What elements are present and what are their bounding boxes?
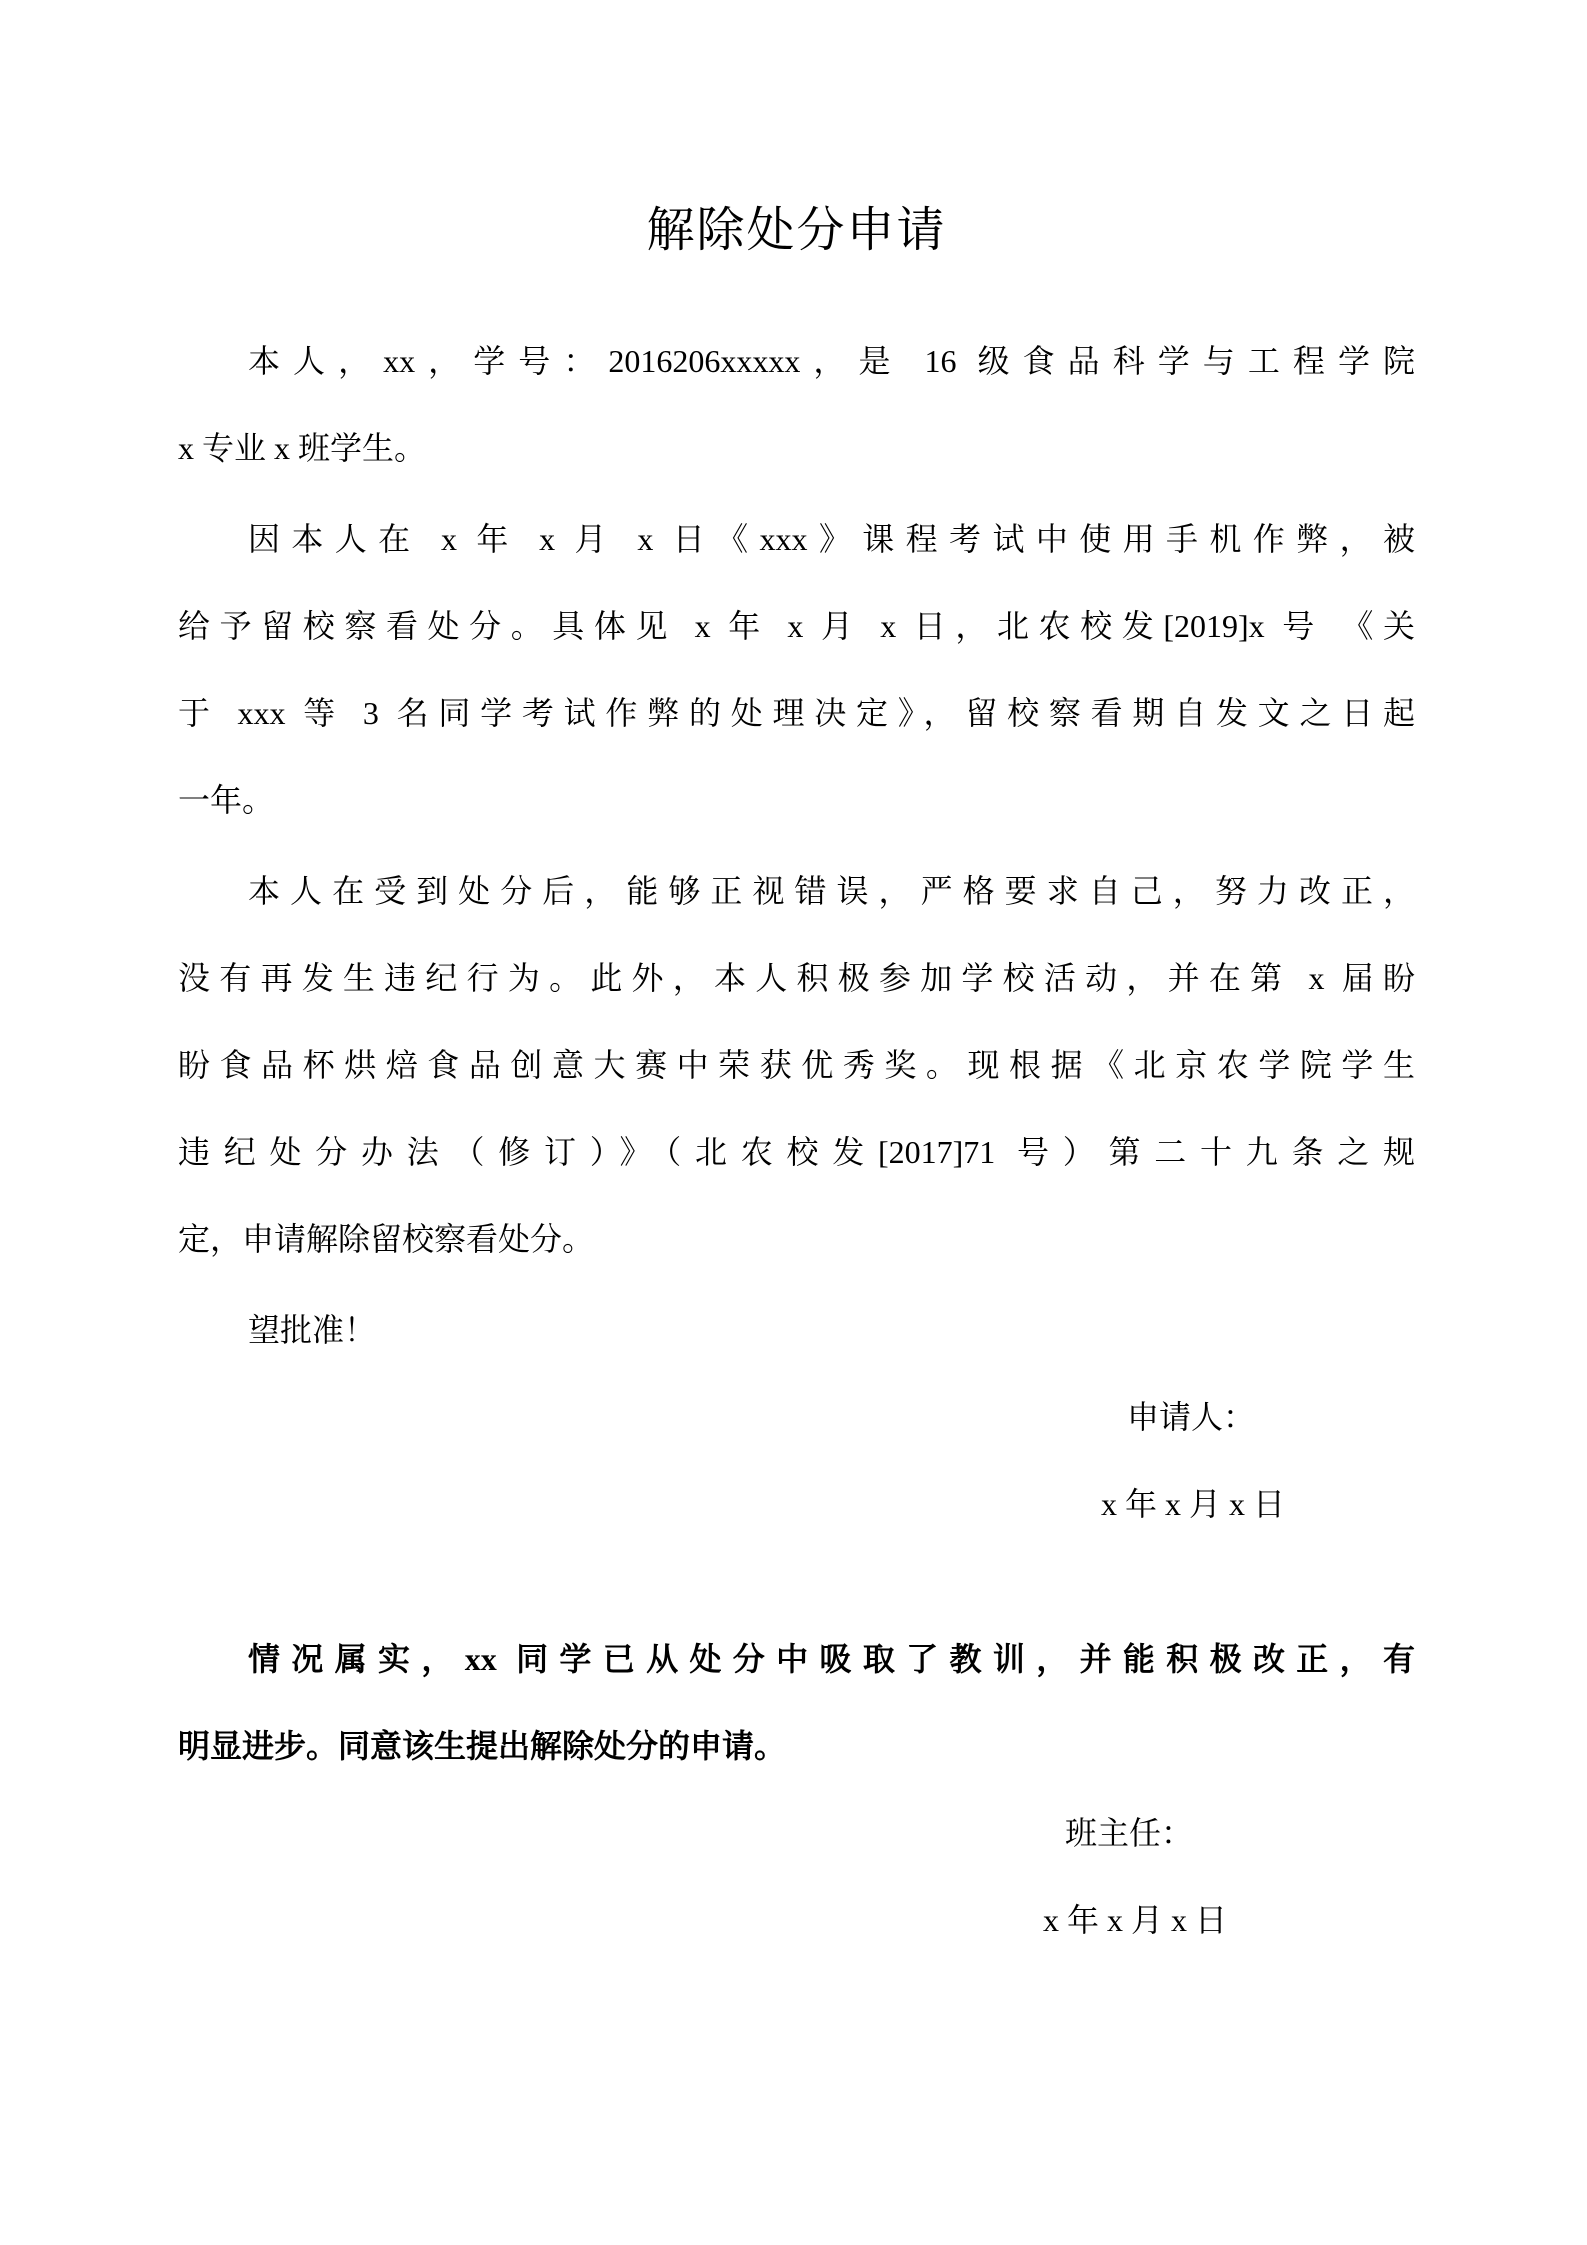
document-title: 解除处分申请 — [178, 199, 1415, 263]
text-line: 盼食品杯烘焙食品创意大赛中荣获优秀奖。现根据《北京农学院学生 — [178, 1022, 1415, 1109]
teacher-signature-label: 班主任： — [178, 1790, 1415, 1877]
paragraph-closing: 望批准！ — [178, 1287, 1415, 1374]
text-line: 因本人在 x 年 x 月 x 日《xxx》课程考试中使用手机作弊，被 — [178, 496, 1415, 583]
applicant-signature-date: x 年 x 月 x 日 — [178, 1461, 1415, 1548]
text-line: 本人，xx，学号：2016206xxxxx，是 16 级食品科学与工程学院 — [178, 318, 1415, 405]
text-line: 望批准！ — [178, 1287, 1415, 1374]
paragraph-student-info: 本人，xx，学号：2016206xxxxx，是 16 级食品科学与工程学院 x … — [178, 318, 1415, 492]
text-line: 没有再发生违纪行为。此外，本人积极参加学校活动，并在第 x 届盼 — [178, 935, 1415, 1022]
text-line: 明显进步。同意该生提出解除处分的申请。 — [178, 1703, 1415, 1790]
teacher-signature-date: x 年 x 月 x 日 — [178, 1877, 1415, 1964]
paragraph-punishment-detail: 因本人在 x 年 x 月 x 日《xxx》课程考试中使用手机作弊，被 给予留校察… — [178, 496, 1415, 844]
text-line: 给予留校察看处分。具体见 x 年 x 月 x 日，北农校发[2019]x 号 《… — [178, 583, 1415, 670]
document-body: 本人，xx，学号：2016206xxxxx，是 16 级食品科学与工程学院 x … — [178, 318, 1415, 1964]
text-line: 于 xxx 等 3 名同学考试作弊的处理决定》，留校察看期自发文之日起 — [178, 670, 1415, 757]
document-page: 解除处分申请 本人，xx，学号：2016206xxxxx，是 16 级食品科学与… — [0, 0, 1587, 2245]
text-line: 一年。 — [178, 757, 1415, 844]
applicant-signature-label: 申请人： — [178, 1374, 1415, 1461]
text-line: x 专业 x 班学生。 — [178, 405, 1415, 492]
text-line: 定，申请解除留校察看处分。 — [178, 1196, 1415, 1283]
document-content: 解除处分申请 本人，xx，学号：2016206xxxxx，是 16 级食品科学与… — [178, 0, 1415, 1964]
text-line: 情况属实，xx 同学已从处分中吸取了教训，并能积极改正，有 — [178, 1616, 1415, 1703]
text-line: 违纪处分办法（修订）》（北农校发[2017]71 号）第二十九条之规 — [178, 1109, 1415, 1196]
text-line: 本人在受到处分后，能够正视错误，严格要求自己，努力改正， — [178, 848, 1415, 935]
paragraph-reflection: 本人在受到处分后，能够正视错误，严格要求自己，努力改正， 没有再发生违纪行为。此… — [178, 848, 1415, 1283]
paragraph-teacher-comment: 情况属实，xx 同学已从处分中吸取了教训，并能积极改正，有 明显进步。同意该生提… — [178, 1616, 1415, 1790]
